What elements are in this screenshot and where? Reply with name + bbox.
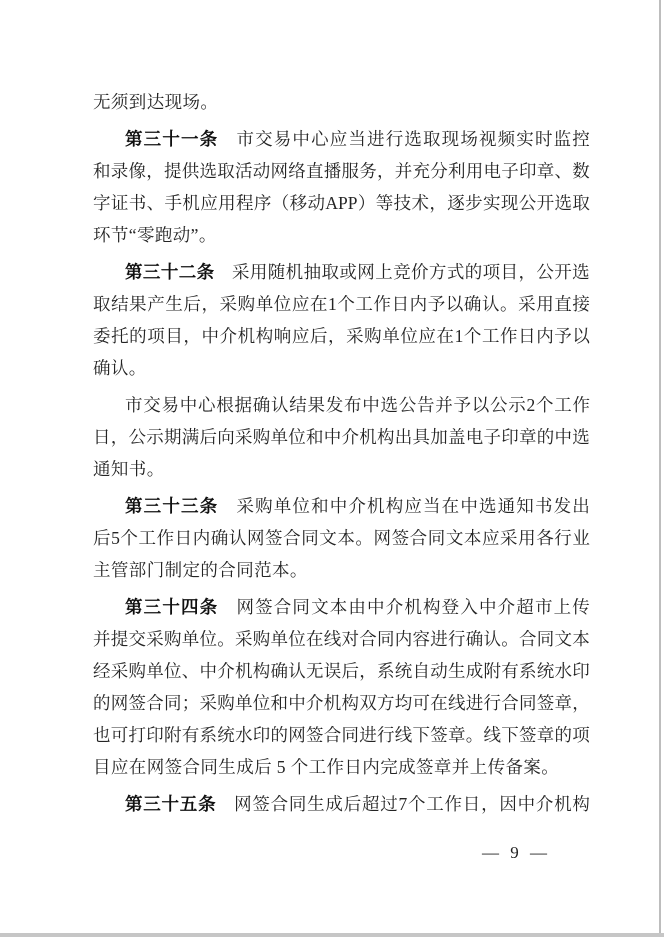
text-char: ， xyxy=(328,320,346,352)
text-char: 本 xyxy=(464,522,482,554)
text-char: 章 xyxy=(519,421,537,453)
text-char: 介 xyxy=(348,490,366,522)
text-char: 个 xyxy=(120,522,138,554)
text-char: 发 xyxy=(554,490,572,522)
text-char: 心 xyxy=(311,123,329,155)
text-char: 用 xyxy=(466,155,484,187)
text-char: （ xyxy=(272,187,290,219)
text-char: 购 xyxy=(217,687,235,719)
text-char: 签 xyxy=(430,719,448,751)
text-char: 日 xyxy=(392,288,410,320)
article-number-char: 十 xyxy=(161,256,179,288)
article-number-char: 十 xyxy=(162,591,180,623)
text-char: 动 xyxy=(430,655,448,687)
text-char: 予 xyxy=(428,288,446,320)
text-char: 、 xyxy=(147,187,165,219)
text-char: 文 xyxy=(555,623,573,655)
text-char: 选 xyxy=(572,421,590,453)
text-char: 文 xyxy=(446,522,464,554)
text-char: 以 xyxy=(572,320,590,352)
text-line: 字证书、手机应用程序（移动APP）等技术，逐步实现公开选取 xyxy=(93,187,590,219)
text-char: 项 xyxy=(147,320,165,352)
text-char: 合 xyxy=(283,522,301,554)
text-char: 网 xyxy=(288,719,306,751)
text-char: 证 xyxy=(111,187,129,219)
text-char: 用 xyxy=(250,256,268,288)
text-char: 双 xyxy=(359,687,377,719)
text-char: 目 xyxy=(501,256,519,288)
text-char: 系 xyxy=(519,655,537,687)
text-char: 告 xyxy=(417,389,435,421)
text-char: 有 xyxy=(501,655,519,687)
text-line: 主管部门制定的合同范本。 xyxy=(93,554,590,586)
text-char: 单 xyxy=(271,623,289,655)
text-char: 内 xyxy=(193,522,211,554)
text-char: 网 xyxy=(236,591,254,623)
text-char: 机 xyxy=(324,687,342,719)
text-char: APP xyxy=(325,187,357,219)
text-char: 成 xyxy=(325,788,343,820)
text-char: 签 xyxy=(129,687,147,719)
text-char: 开 xyxy=(554,256,572,288)
text-char: 向 xyxy=(217,421,235,453)
text-char: 现 xyxy=(442,123,460,155)
text-char: 合 xyxy=(271,788,289,820)
text-char: 期 xyxy=(164,421,182,453)
text-char: 2 xyxy=(527,389,536,421)
text-char: 知 xyxy=(516,490,534,522)
text-char: 同 xyxy=(537,623,555,655)
text-char: 选 xyxy=(572,256,590,288)
text-char: 后 xyxy=(344,788,362,820)
text-char: 书 xyxy=(535,490,553,522)
text-char: 采 xyxy=(235,421,253,453)
text-char: 生 xyxy=(307,788,325,820)
text-char: 当 xyxy=(348,123,366,155)
text-char: 单 xyxy=(182,623,200,655)
text-char: 予 xyxy=(454,389,472,421)
paragraph: 无须到达现场。 xyxy=(93,86,590,118)
text-char: 后 xyxy=(93,522,111,554)
text-char: 同 xyxy=(342,719,360,751)
text-char: 通 xyxy=(498,490,516,522)
text-char: 供 xyxy=(182,155,200,187)
text-char: 购 xyxy=(238,288,256,320)
paragraph: 第三十四条网签合同文本由中介机构登入中介超市上传并提交采购单位。采购单位在线对合… xyxy=(93,591,590,783)
text-char: 本 xyxy=(330,591,348,623)
text-char: ， xyxy=(111,421,129,453)
text-char: 网 xyxy=(247,522,265,554)
text-char: 章 xyxy=(537,719,555,751)
text-char: 生 xyxy=(448,655,466,687)
text-char: 采 xyxy=(220,288,238,320)
text-char: 行 xyxy=(484,687,502,719)
text-char: 应 xyxy=(292,320,310,352)
text-char: 线 xyxy=(484,719,502,751)
ideographic-space xyxy=(218,607,235,608)
text-char: 超 xyxy=(516,591,534,623)
text-char: 序 xyxy=(254,187,272,219)
text-char: 产 xyxy=(147,288,165,320)
text-char: 线 xyxy=(448,687,466,719)
text-char: 加 xyxy=(430,421,448,453)
text-char: 易 xyxy=(274,123,292,155)
text-char: 网 xyxy=(234,788,252,820)
text-line: 也可打印附有系统水印的网签合同进行线下签章。线下签章的项 xyxy=(93,719,590,751)
text-char: 以 xyxy=(472,389,490,421)
article-number-char: 条 xyxy=(200,591,218,623)
article-number-char: 三 xyxy=(143,256,161,288)
text-char: 频 xyxy=(498,123,516,155)
article-number-char: 二 xyxy=(179,256,197,288)
text-char: 络 xyxy=(288,155,306,187)
text-char: 确 xyxy=(271,655,289,687)
article-number-char: 第 xyxy=(125,490,143,522)
text-char: ， xyxy=(481,788,499,820)
article-number-char: 第 xyxy=(125,591,143,623)
text-char: 网 xyxy=(357,256,375,288)
text-char: 提 xyxy=(111,623,129,655)
text-line: 取结果产生后，采购单位应在1个工作日内予以确认。采用直接 xyxy=(93,288,590,320)
text-char: 介 xyxy=(306,687,324,719)
ideographic-space xyxy=(215,272,232,273)
text-char: 的 xyxy=(555,719,573,751)
text-char: ， xyxy=(377,155,395,187)
text-char: 介 xyxy=(217,655,235,687)
text-char: 机 xyxy=(554,788,572,820)
text-char: 附 xyxy=(484,655,502,687)
text-char: 签 xyxy=(265,522,283,554)
text-char: 在 xyxy=(442,490,460,522)
text-char: 录 xyxy=(111,155,129,187)
text-char: 机 xyxy=(238,320,256,352)
text-char: 逐 xyxy=(447,187,465,219)
text-char: 。 xyxy=(466,719,484,751)
text-char: 行 xyxy=(377,719,395,751)
text-char: 个 xyxy=(337,288,355,320)
text-char: ） xyxy=(358,187,376,219)
text-char: 线 xyxy=(324,623,342,655)
text-char: 取 xyxy=(321,256,339,288)
text-char: 水 xyxy=(555,655,573,687)
text-char: 务 xyxy=(359,155,377,187)
text-char: ， xyxy=(183,320,201,352)
text-char: 技 xyxy=(394,187,412,219)
text-char: 交 xyxy=(129,623,147,655)
text-char: 采 xyxy=(200,687,218,719)
text-char: 本 xyxy=(337,522,355,554)
text-char: 购 xyxy=(129,655,147,687)
text-char: 手 xyxy=(165,187,183,219)
text-char: 的 xyxy=(93,687,111,719)
text-char: 取 xyxy=(93,288,111,320)
text-char: 控 xyxy=(572,123,590,155)
text-char: 中 xyxy=(201,320,219,352)
text-char: 统 xyxy=(537,655,555,687)
text-char: 利 xyxy=(448,155,466,187)
text-char: 合 xyxy=(519,623,537,655)
scan-edge-right xyxy=(659,0,661,937)
text-char: 有 xyxy=(182,719,200,751)
text-char: 日 xyxy=(463,788,481,820)
text-char: ， xyxy=(201,288,219,320)
text-char: 工 xyxy=(554,389,572,421)
text-char: 应 xyxy=(292,288,310,320)
text-char: 程 xyxy=(236,187,254,219)
text-char: 合 xyxy=(324,719,342,751)
text-char: 抽 xyxy=(304,256,322,288)
text-char: 位 xyxy=(288,421,306,453)
text-char: 分 xyxy=(430,155,448,187)
text-line: 确认。 xyxy=(93,352,590,384)
text-char: 介 xyxy=(220,320,238,352)
text-line: 后5个工作日内确认网签合同文本。网签合同文本应采用各行业 xyxy=(93,522,590,554)
text-char: 中 xyxy=(367,591,385,623)
article-number-char: 条 xyxy=(198,788,216,820)
text-char: 章 xyxy=(448,719,466,751)
text-char: 采 xyxy=(518,288,536,320)
text-char: 现 xyxy=(501,187,519,219)
text-char: 过 xyxy=(380,788,398,820)
text-char: 构 xyxy=(377,421,395,453)
text-char: 个 xyxy=(464,320,482,352)
text-char: 单 xyxy=(256,288,274,320)
text-char: 充 xyxy=(413,155,431,187)
text-char: 签 xyxy=(537,687,555,719)
text-char: 确 xyxy=(464,288,482,320)
text-char: 方 xyxy=(429,256,447,288)
text-char: 内 xyxy=(410,288,428,320)
text-char: 误 xyxy=(324,655,342,687)
text-char: 构 xyxy=(572,788,590,820)
text-char: 时 xyxy=(535,123,553,155)
text-char: 在 xyxy=(430,687,448,719)
text-char: 成 xyxy=(466,655,484,687)
text-char: 合 xyxy=(359,623,377,655)
text-char: 经 xyxy=(93,655,111,687)
scan-edge-bottom xyxy=(0,933,664,937)
text-char: 介 xyxy=(498,591,516,623)
text-line: 目应在网签合同生成后 5 个工作日内完成签章并上传备案。 xyxy=(93,751,590,783)
text-char: 。 xyxy=(501,623,519,655)
text-char: 和 xyxy=(311,490,329,522)
text-char: 位 xyxy=(292,490,310,522)
text-char: 的 xyxy=(465,256,483,288)
text-char: 作 xyxy=(445,788,463,820)
text-line: 和录像，提供选取活动网络直播服务，并充分利用电子印章、数 xyxy=(93,155,590,187)
text-char: 采 xyxy=(146,623,164,655)
text-char: 位 xyxy=(274,288,292,320)
ideographic-space xyxy=(218,139,235,140)
text-char: 中 xyxy=(479,591,497,623)
text-char: 在 xyxy=(310,288,328,320)
article-number-char: 条 xyxy=(200,490,218,522)
text-char: 以 xyxy=(446,288,464,320)
text-char: 交 xyxy=(143,389,161,421)
text-char: 认 xyxy=(288,655,306,687)
text-char: 结 xyxy=(111,288,129,320)
text-char: 中 xyxy=(460,490,478,522)
text-char: 交 xyxy=(255,123,273,155)
text-char: 场 xyxy=(460,123,478,155)
text-char: 合 xyxy=(501,687,519,719)
text-char: 。 xyxy=(355,522,373,554)
text-char: 、 xyxy=(555,155,573,187)
text-char: 合 xyxy=(410,522,428,554)
text-char: 内 xyxy=(395,623,413,655)
text-char: 市 xyxy=(535,591,553,623)
article-number-char: 第 xyxy=(125,123,143,155)
text-char: 应 xyxy=(404,490,422,522)
ideographic-space xyxy=(216,804,233,805)
text-char: 应 xyxy=(418,320,436,352)
text-char: 选 xyxy=(404,123,422,155)
text-char: 介 xyxy=(342,421,360,453)
text-char: 确 xyxy=(211,522,229,554)
text-char: 步 xyxy=(465,187,483,219)
text-char: 托 xyxy=(111,320,129,352)
text-char: 公 xyxy=(129,421,147,453)
text-char: 作 xyxy=(573,389,591,421)
text-char: 目 xyxy=(165,320,183,352)
text-char: 并 xyxy=(435,389,453,421)
text-char: 据 xyxy=(235,389,253,421)
text-char: 中 xyxy=(518,788,536,820)
text-char: 后 xyxy=(200,421,218,453)
text-char: 同 xyxy=(292,591,310,623)
text-char: 公 xyxy=(519,187,537,219)
text-char: 确 xyxy=(466,623,484,655)
text-char: 单 xyxy=(235,687,253,719)
text-char: 位 xyxy=(253,687,271,719)
article-number-char: 三 xyxy=(144,490,162,522)
text-char: 具 xyxy=(413,421,431,453)
text-char: 同 xyxy=(428,522,446,554)
text-char: 发 xyxy=(326,389,344,421)
text-char: ， xyxy=(518,256,536,288)
text-char: 的 xyxy=(129,320,147,352)
text-char: 机 xyxy=(286,256,304,288)
page-number: — 9 — xyxy=(482,843,548,862)
text-char: ， xyxy=(429,187,447,219)
text-char: 认 xyxy=(482,288,500,320)
article-number-char: 第 xyxy=(125,788,143,820)
text-char: 行 xyxy=(448,623,466,655)
text-char: 动 xyxy=(253,155,271,187)
text-char: 个 xyxy=(408,788,426,820)
text-char: 采 xyxy=(235,623,253,655)
text-char: 介 xyxy=(536,788,554,820)
text-char: 签 xyxy=(306,719,324,751)
text-char: 无 xyxy=(306,655,324,687)
text-char: 用 xyxy=(536,288,554,320)
text-char: 子 xyxy=(484,421,502,453)
text-char: 进 xyxy=(430,623,448,655)
text-char: 日 xyxy=(93,421,111,453)
text-char: 直 xyxy=(554,288,572,320)
text-char: 采 xyxy=(111,655,129,687)
text-char: 作 xyxy=(157,522,175,554)
text-char: 构 xyxy=(386,490,404,522)
text-char: 的 xyxy=(271,719,289,751)
text-char: 同 xyxy=(164,687,182,719)
text-char: 认 xyxy=(484,623,502,655)
text-char: 等 xyxy=(376,187,394,219)
text-char: 签 xyxy=(392,522,410,554)
article-number-char: 第 xyxy=(125,256,143,288)
text-char: 的 xyxy=(537,421,555,453)
text-char: 机 xyxy=(367,490,385,522)
paragraph: 第三十二条采用随机抽取或网上竞价方式的项目，公开选取结果产生后，采购单位应在1个… xyxy=(93,256,590,384)
text-char: 位 xyxy=(164,655,182,687)
text-char: 可 xyxy=(413,687,431,719)
text-char: 中 xyxy=(180,389,198,421)
text-run: 无须到达现场。 xyxy=(93,92,218,112)
text-run: 通知书。 xyxy=(93,459,165,479)
text-char: 打 xyxy=(129,719,147,751)
text-char: 接 xyxy=(572,288,590,320)
text-char: 生 xyxy=(165,288,183,320)
text-char: 对 xyxy=(342,623,360,655)
text-char: 单 xyxy=(274,490,292,522)
text-line: 无须到达现场。 xyxy=(93,86,590,118)
text-char: 同 xyxy=(377,623,395,655)
text-char: 心 xyxy=(198,389,216,421)
text-char: 均 xyxy=(395,687,413,719)
text-char: 中 xyxy=(200,655,218,687)
text-char: 布 xyxy=(344,389,362,421)
text-char: 工 xyxy=(482,320,500,352)
text-char: 实 xyxy=(516,123,534,155)
text-line: 市交易中心根据确认结果发布中选公告并予以公示2个工作 xyxy=(93,389,590,421)
text-char: 选 xyxy=(200,155,218,187)
paragraph: 第三十五条网签合同生成后超过7个工作日，因中介机构 xyxy=(93,788,590,820)
text-char: 构 xyxy=(423,591,441,623)
text-char: ， xyxy=(146,155,164,187)
text-char: 机 xyxy=(235,655,253,687)
text-char: 选 xyxy=(381,389,399,421)
text-char: 实 xyxy=(483,187,501,219)
text-char: 作 xyxy=(500,320,518,352)
article-number-char: 十 xyxy=(162,490,180,522)
text-char: 服 xyxy=(342,155,360,187)
text-char: 上 xyxy=(375,256,393,288)
text-char: 采 xyxy=(236,490,254,522)
text-run: 确认。 xyxy=(93,358,147,378)
text-char: 后 xyxy=(183,288,201,320)
text-char: 网 xyxy=(374,522,392,554)
text-char: 购 xyxy=(253,623,271,655)
article-number-char: 三 xyxy=(143,788,161,820)
text-line: 第三十三条采购单位和中介机构应当在中选通知书发出 xyxy=(93,490,590,522)
text-char: 确 xyxy=(253,389,271,421)
text-char: 电 xyxy=(484,155,502,187)
text-char: 公 xyxy=(399,389,417,421)
text-char: 容 xyxy=(413,623,431,655)
text-char: 用 xyxy=(218,187,236,219)
text-char: 子 xyxy=(501,155,519,187)
text-char: 内 xyxy=(536,320,554,352)
text-char: 合 xyxy=(146,687,164,719)
text-line: 第三十二条采用随机抽取或网上竞价方式的项目，公开选 xyxy=(93,256,590,288)
paragraph: 市交易中心根据确认结果发布中选公告并予以公示2个工作日，公示期满后向采购单位和中… xyxy=(93,389,590,485)
text-char: 日 xyxy=(175,522,193,554)
text-char: 下 xyxy=(501,719,519,751)
text-char: 业 xyxy=(572,522,590,554)
text-char: 术 xyxy=(411,187,429,219)
text-char: 选 xyxy=(554,187,572,219)
text-char: 印 xyxy=(519,155,537,187)
